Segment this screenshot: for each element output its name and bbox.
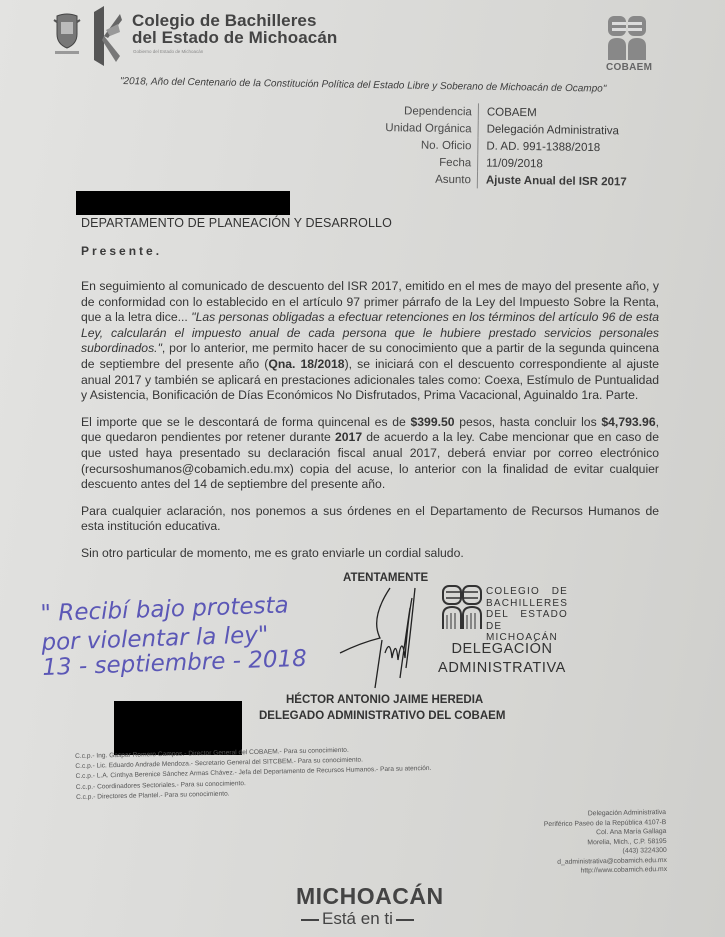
meta-value: 11/09/2018 bbox=[486, 157, 543, 170]
meta-value: Delegación Administrativa bbox=[487, 123, 619, 137]
signer-title: DELEGADO ADMINISTRATIVO DEL COBAEM bbox=[259, 710, 505, 722]
paragraph-1: En seguimiento al comunicado de descuent… bbox=[81, 279, 659, 404]
meta-label: Fecha bbox=[379, 155, 477, 168]
handwritten-note: " Recibí bajo protesta por violentar la … bbox=[40, 591, 307, 683]
meta-divider bbox=[477, 137, 478, 154]
institution-name: Colegio de Bachilleres del Estado de Mic… bbox=[132, 12, 337, 46]
meta-divider bbox=[478, 103, 479, 120]
letter-body: En seguimiento al comunicado de descuent… bbox=[81, 279, 659, 573]
cobaem-k-logo-icon bbox=[92, 6, 122, 68]
state-crest-icon bbox=[52, 12, 82, 56]
cobaem-logo-icon bbox=[606, 14, 650, 62]
website-link[interactable]: http://www.cobamich.edu.mx bbox=[506, 865, 667, 877]
signature-scribble-icon bbox=[320, 578, 440, 698]
meta-value: COBAEM bbox=[487, 106, 537, 119]
meta-label: Unidad Orgánica bbox=[380, 121, 478, 134]
stamp-institution-text: COLEGIO DE BACHILLERES DEL ESTADO DE MIC… bbox=[486, 586, 568, 644]
dash-decoration bbox=[396, 919, 414, 921]
government-tagline: Gobierno del Estado de Michoacán bbox=[133, 49, 203, 54]
redaction-bar bbox=[76, 191, 290, 215]
footer-brand: MICHOACÁN bbox=[296, 883, 444, 910]
paragraph-4: Sin otro particular de momento, me es gr… bbox=[81, 546, 659, 562]
carbon-copy-list: C.c.p.- Ing. Gaspar Romero Campos.- Dire… bbox=[75, 744, 432, 803]
meta-row: AsuntoAjuste Anual del ISR 2017 bbox=[379, 170, 627, 190]
meta-divider bbox=[477, 171, 478, 188]
paragraph-2: El importe que se le descontará de forma… bbox=[81, 415, 659, 493]
recipient-department: DEPARTAMENTO DE PLANEACIÓN Y DESARROLLO bbox=[81, 216, 392, 230]
meta-label: Dependencia bbox=[380, 104, 478, 117]
office-address: Delegación Administrativa Periférico Pas… bbox=[505, 808, 667, 877]
signer-name: HÉCTOR ANTONIO JAIME HEREDIA bbox=[286, 694, 483, 706]
paragraph-3: Para cualquier aclaración, nos ponemos a… bbox=[81, 504, 659, 535]
meta-divider bbox=[478, 120, 479, 137]
year-motto: "2018, Año del Centenario de la Constitu… bbox=[120, 76, 607, 95]
dash-decoration bbox=[301, 919, 319, 921]
meta-divider bbox=[477, 154, 478, 171]
cobaem-logo-label: COBAEM bbox=[606, 62, 650, 73]
footer-slogan: Está en ti bbox=[298, 909, 417, 929]
redaction-bar bbox=[114, 701, 242, 755]
meta-value: Ajuste Anual del ISR 2017 bbox=[486, 174, 627, 188]
meta-value: D. AD. 991-1388/2018 bbox=[486, 140, 600, 154]
salutation: Presente. bbox=[81, 244, 162, 258]
stamp-cobaem-logo-icon bbox=[442, 585, 482, 630]
document-meta-table: DependenciaCOBAEMUnidad OrgánicaDelegaci… bbox=[379, 102, 628, 190]
stamp-department: DELEGACIÓN ADMINISTRATIVA bbox=[432, 640, 572, 678]
meta-label: Asunto bbox=[379, 172, 477, 185]
meta-label: No. Oficio bbox=[379, 138, 477, 151]
